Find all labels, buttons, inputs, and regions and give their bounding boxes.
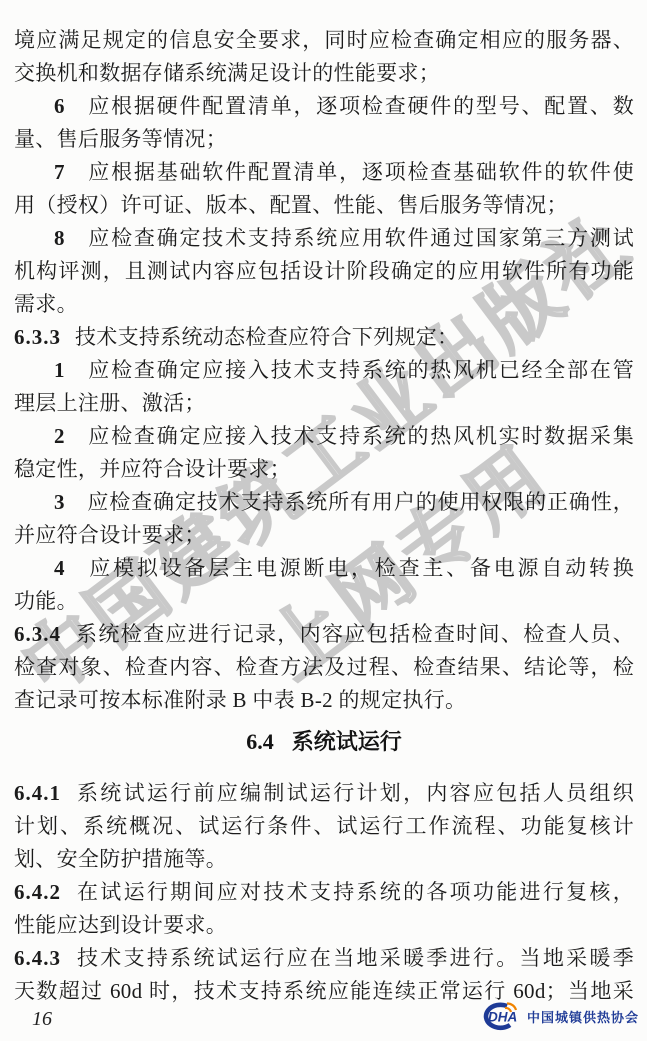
text-line: 境应满足规定的信息安全要求，同时应检查确定相应的服务器、 [14,24,634,57]
clause-line: 6.4.3技术支持系统试运行应在当地采暖季进行。当地采暖季 [14,942,634,975]
item-number: 3 [54,490,65,514]
text-line: 量、售后服务等情况； [14,123,634,156]
association-name: 中国城镇供热协会 [527,1007,639,1026]
logo-abbr: DHA [488,1010,517,1025]
section-heading: 6.4系统试运行 [14,725,634,758]
text-line: 8应检查确定技术支持系统应用软件通过国家第三方测试 [14,222,634,255]
text-line: 稳定性，并应符合设计要求； [14,453,634,486]
text-line: 划、安全防护措施等。 [14,843,634,876]
item-number: 6 [54,94,65,118]
dha-logo-icon: DHA [476,1001,522,1031]
text-line: 交换机和数据存储系统满足设计的性能要求； [14,57,634,90]
item-number: 8 [54,226,65,250]
document-page: 中国建筑工业出版社 上网专用 境应满足规定的信息安全要求，同时应检查确定相应的服… [0,0,647,1041]
text-line: 7应根据基础软件配置清单，逐项检查基础软件的软件使 [14,156,634,189]
item-number: 1 [54,358,65,382]
text-line: 用（授权）许可证、版本、配置、性能、售后服务等情况； [14,189,634,222]
clause-number: 6.4.1 [14,781,61,805]
clause-line: 6.4.2在试运行期间应对技术支持系统的各项功能进行复核， [14,876,634,909]
text-line: 计划、系统概况、试运行条件、试运行工作流程、功能复核计 [14,810,634,843]
text-line: 1应检查确定应接入技术支持系统的热风机已经全部在管 [14,354,634,387]
text-line: 理层上注册、激活； [14,387,634,420]
clause-line: 6.3.4系统检查应进行记录，内容应包括检查时间、检查人员、 [14,618,634,651]
item-number: 7 [54,160,65,184]
section-title: 系统试运行 [292,729,402,754]
text-line: 6应根据硬件配置清单，逐项检查硬件的型号、配置、数 [14,90,634,123]
association-logo: DHA 中国城镇供热协会 [476,1001,639,1031]
page-number: 16 [32,1008,52,1031]
clause-number: 6.3.4 [14,622,61,646]
clause-number: 6.4.2 [14,880,61,904]
text-line: 3应检查确定技术支持系统所有用户的使用权限的正确性， [14,486,634,519]
text-line: 并应符合设计要求； [14,519,634,552]
body-text: 境应满足规定的信息安全要求，同时应检查确定相应的服务器、 交换机和数据存储系统满… [14,24,634,1008]
text-line: 4应模拟设备层主电源断电，检查主、备电源自动转换 [14,552,634,585]
clause-line: 6.4.1系统试运行前应编制试运行计划，内容应包括人员组织 [14,777,634,810]
item-number: 4 [54,556,65,580]
text-line: 2应检查确定应接入技术支持系统的热风机实时数据采集 [14,420,634,453]
clause-line: 6.3.3技术支持系统动态检查应符合下列规定： [14,321,634,354]
section-number: 6.4 [246,729,274,754]
text-line: 机构评测，且测试内容应包括设计阶段确定的应用软件所有功能 [14,255,634,288]
item-number: 2 [54,424,65,448]
text-line: 查记录可按本标准附录 B 中表 B-2 的规定执行。 [14,684,634,717]
text-line: 功能。 [14,585,634,618]
text-line: 性能应达到设计要求。 [14,909,634,942]
clause-number: 6.3.3 [14,325,61,349]
text-line: 需求。 [14,288,634,321]
clause-number: 6.4.3 [14,946,61,970]
text-line: 检查对象、检查内容、检查方法及过程、检查结果、结论等，检 [14,651,634,684]
